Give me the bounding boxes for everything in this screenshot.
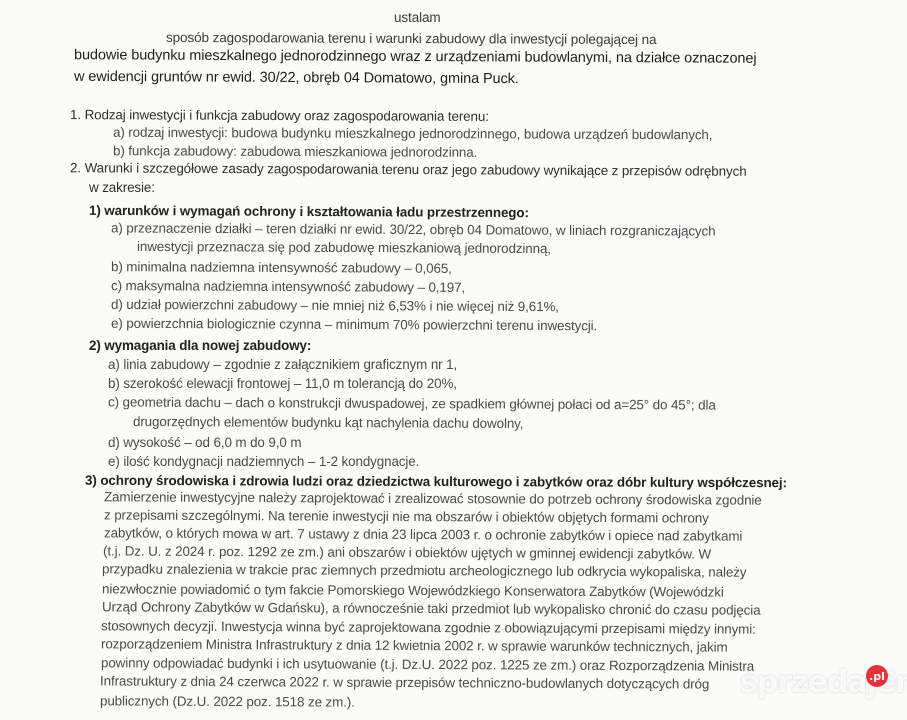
paragraph-line: Zamierzenie inwestycyjne należy zaprojek…: [104, 489, 762, 507]
section-1-title: 1. Rodzaj inwestycji i funkcja zabudowy …: [70, 107, 489, 124]
subsection-1-item-a-cont: inwestycji przeznacza się pod zabudowę m…: [137, 239, 551, 256]
subsection-1-item-c: c) maksymalna nadziemna intensywność zab…: [111, 278, 465, 295]
subsection-2-item-c: c) geometria dachu – dach o konstrukcji …: [108, 394, 716, 412]
paragraph-line: Infrastruktury z dnia 24 czerwca 2022 r.…: [100, 673, 709, 691]
subsection-2-item-e: e) ilość kondygnacji nadziemnych – 1-2 k…: [108, 454, 419, 469]
subsection-3-title: 3) ochrony środowiska i zdrowia ludzi or…: [85, 473, 787, 490]
subject-subtitle: sposób zagospodarowania terenu i warunki…: [166, 30, 656, 47]
subsection-2-item-c-cont: drugorzędnych elementów budynku kąt nach…: [133, 414, 523, 431]
section-2-title: 2. Warunki i szczegółowe zasady zagospod…: [70, 160, 747, 179]
paragraph-line: stosownych decyzji. Inwestycja winna być…: [101, 618, 756, 636]
paragraph-line: zabytków, o których mowa w art. 7 ustawy…: [104, 525, 742, 543]
paragraph-line: rozporządzeniem Ministra Infrastruktury …: [101, 636, 728, 654]
watermark-badge: .pl: [866, 665, 888, 687]
subsection-1-item-b: b) minimalna nadziemna intensywność zabu…: [111, 259, 452, 276]
subsection-1-item-a: a) przeznaczenie działki – teren działki…: [111, 220, 716, 238]
paragraph-line: publicznych (Dz.U. 2022 poz. 1518 ze zm.…: [100, 693, 355, 709]
paragraph-line: Urząd Ochrony Zabytków w Gdańsku), a rów…: [102, 599, 761, 617]
paragraph-line: powinny odpowiadać budynki i ich usytuow…: [101, 655, 754, 673]
subsection-1-item-e: e) powierzchnia biologicznie czynna – mi…: [111, 316, 597, 334]
subsection-2-item-b: b) szerokość elewacji frontowej – 11,0 m…: [108, 376, 457, 391]
paragraph-line: niezwłocznie powiadomić o tym fakcie Pom…: [102, 581, 724, 599]
subsection-2-item-d: d) wysokość – od 6,0 m do 9,0 m: [108, 435, 301, 450]
subsection-2-item-a: a) linia zabudowy – zgodnie z załączniki…: [108, 357, 457, 372]
section-1-item-b: b) funkcja zabudowy: zabudowa mieszkanio…: [113, 143, 477, 160]
section-2-title-cont: w zakresie:: [89, 180, 155, 195]
section-1-item-a: a) rodzaj inwestycji: budowa budynku mie…: [113, 125, 712, 143]
document-page: ustalam sposób zagospodarowania terenu i…: [0, 0, 907, 720]
subject-line-3: w ewidencji gruntów nr ewid. 30/22, obrę…: [74, 69, 519, 87]
subject-line-2: budowie budynku mieszkalnego jednorodzin…: [74, 47, 757, 67]
decision-verb: ustalam: [394, 10, 441, 25]
paragraph-line: przypadku znalezienia w trakcie prac zie…: [102, 561, 746, 579]
subsection-1-item-d: d) udział powierzchni zabudowy – nie mni…: [111, 297, 559, 314]
paragraph-line: z przepisami szczególnymi. Na terenie in…: [104, 507, 709, 525]
paragraph-line: (t.j. Dz. U. z 2024 r. poz. 1292 ze zm.)…: [103, 543, 711, 561]
subsection-2-title: 2) wymagania dla nowej zabudowy:: [89, 338, 311, 353]
subsection-1-title: 1) warunków i wymagań ochrony i kształto…: [89, 203, 529, 220]
